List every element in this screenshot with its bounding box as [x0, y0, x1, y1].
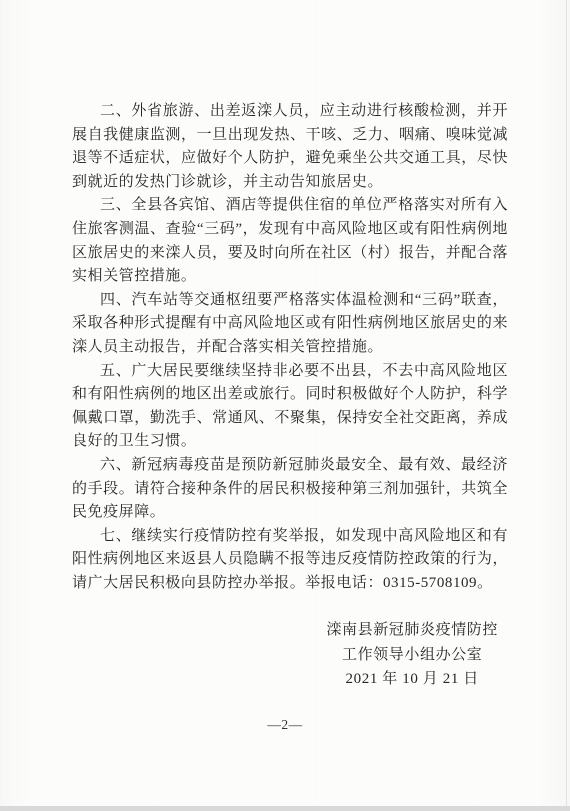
signature-org-line-2: 工作领导小组办公室: [326, 643, 498, 668]
body-paragraph: 五、广大居民要继续坚持非必要不出县，不去中高风险地区和有阳性病例的地区出差或旅行…: [72, 360, 508, 454]
signature-block: 滦南县新冠肺炎疫情防控 工作领导小组办公室 2021 年 10 月 21 日: [326, 618, 498, 692]
body-paragraph: 四、汽车站等交通枢纽要严格落实体温检测和“三码”联查，采取各种形式提醒有中高风险…: [72, 289, 508, 360]
signature-org-line-1: 滦南县新冠肺炎疫情防控: [326, 618, 498, 643]
scan-edge-right: [566, 0, 567, 811]
body-paragraph: 六、新冠病毒疫苗是预防新冠肺炎最安全、最有效、最经济的手段。请符合接种条件的居民…: [72, 454, 508, 525]
signature-date: 2021 年 10 月 21 日: [326, 667, 498, 692]
body-paragraph: 二、外省旅游、出差返滦人员，应主动进行核酸检测，并开展自我健康监测，一旦出现发热…: [72, 100, 508, 194]
scan-edge-bottom: [0, 806, 570, 811]
body-paragraph: 三、全县各宾馆、酒店等提供住宿的单位严格落实对所有入住旅客测温、查验“三码”，发…: [72, 194, 508, 288]
page-number: —2—: [0, 717, 570, 733]
body-paragraph: 七、继续实行疫情防控有奖举报，如发现中高风险地区和有阳性病例地区来返县人员隐瞒不…: [72, 525, 508, 596]
document-body: 二、外省旅游、出差返滦人员，应主动进行核酸检测，并开展自我健康监测，一旦出现发热…: [72, 100, 508, 595]
